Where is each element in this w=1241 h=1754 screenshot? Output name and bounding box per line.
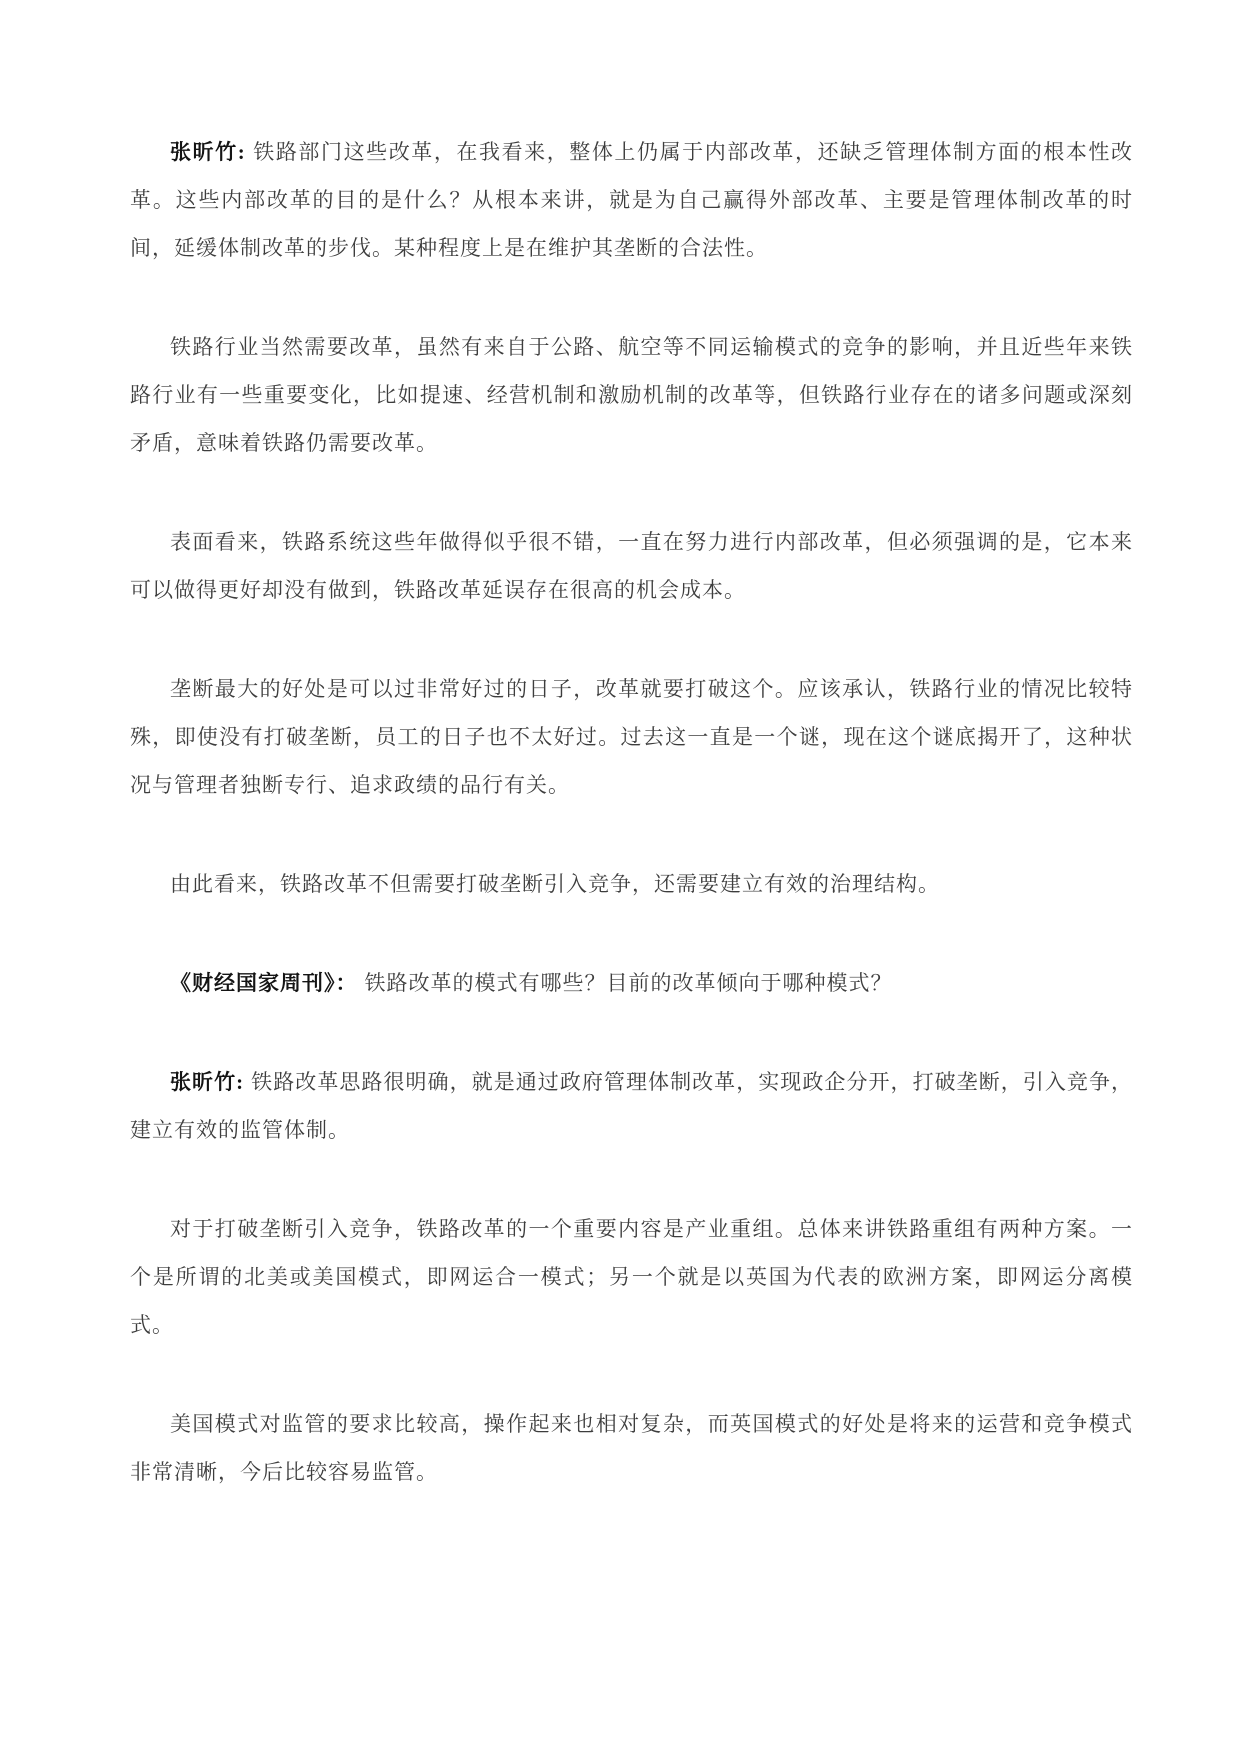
paragraph-body: 表面看来，铁路系统这些年做得似乎很不错，一直在努力进行内部改革，但必须强调的是，… — [130, 518, 1133, 614]
speaker-label: 张昕竹: — [170, 140, 246, 164]
paragraph-text: 铁路改革的模式有哪些？目前的改革倾向于哪种模式？ — [365, 971, 893, 995]
paragraph-question: 《财经国家周刊》：铁路改革的模式有哪些？目前的改革倾向于哪种模式？ — [130, 959, 1133, 1007]
document-content: 张昕竹:铁路部门这些改革，在我看来，整体上仍属于内部改革，还缺乏管理体制方面的根… — [130, 128, 1133, 1496]
paragraph-text: 铁路部门这些改革，在我看来，整体上仍属于内部改革，还缺乏管理体制方面的根本性改革… — [130, 140, 1133, 260]
document-page: 张昕竹:铁路部门这些改革，在我看来，整体上仍属于内部改革，还缺乏管理体制方面的根… — [0, 0, 1241, 1754]
publication-label: 《财经国家周刊》： — [170, 971, 358, 995]
paragraph-text: 对于打破垄断引入竞争，铁路改革的一个重要内容是产业重组。总体来讲铁路重组有两种方… — [130, 1217, 1133, 1337]
paragraph-text: 表面看来，铁路系统这些年做得似乎很不错，一直在努力进行内部改革，但必须强调的是，… — [130, 530, 1133, 602]
paragraph-body: 对于打破垄断引入竞争，铁路改革的一个重要内容是产业重组。总体来讲铁路重组有两种方… — [130, 1205, 1133, 1349]
paragraph-text: 由此看来，铁路改革不但需要打破垄断引入竞争，还需要建立有效的治理结构。 — [170, 872, 940, 896]
paragraph-text: 铁路行业当然需要改革，虽然有来自于公路、航空等不同运输模式的竞争的影响，并且近些… — [130, 335, 1133, 455]
paragraph-text: 美国模式对监管的要求比较高，操作起来也相对复杂，而英国模式的好处是将来的运营和竞… — [130, 1412, 1133, 1484]
paragraph-body: 垄断最大的好处是可以过非常好过的日子，改革就要打破这个。应该承认，铁路行业的情况… — [130, 665, 1133, 809]
paragraph-body: 美国模式对监管的要求比较高，操作起来也相对复杂，而英国模式的好处是将来的运营和竞… — [130, 1400, 1133, 1496]
paragraph-text: 铁路改革思路很明确，就是通过政府管理体制改革，实现政企分开，打破垄断，引入竞争，… — [130, 1070, 1133, 1142]
paragraph-body: 铁路行业当然需要改革，虽然有来自于公路、航空等不同运输模式的竞争的影响，并且近些… — [130, 323, 1133, 467]
paragraph-answer-1: 张昕竹:铁路部门这些改革，在我看来，整体上仍属于内部改革，还缺乏管理体制方面的根… — [130, 128, 1133, 272]
paragraph-answer-2: 张昕竹:铁路改革思路很明确，就是通过政府管理体制改革，实现政企分开，打破垄断，引… — [130, 1058, 1133, 1154]
paragraph-body: 由此看来，铁路改革不但需要打破垄断引入竞争，还需要建立有效的治理结构。 — [130, 860, 1133, 908]
speaker-label: 张昕竹: — [170, 1070, 244, 1094]
paragraph-text: 垄断最大的好处是可以过非常好过的日子，改革就要打破这个。应该承认，铁路行业的情况… — [130, 677, 1133, 797]
